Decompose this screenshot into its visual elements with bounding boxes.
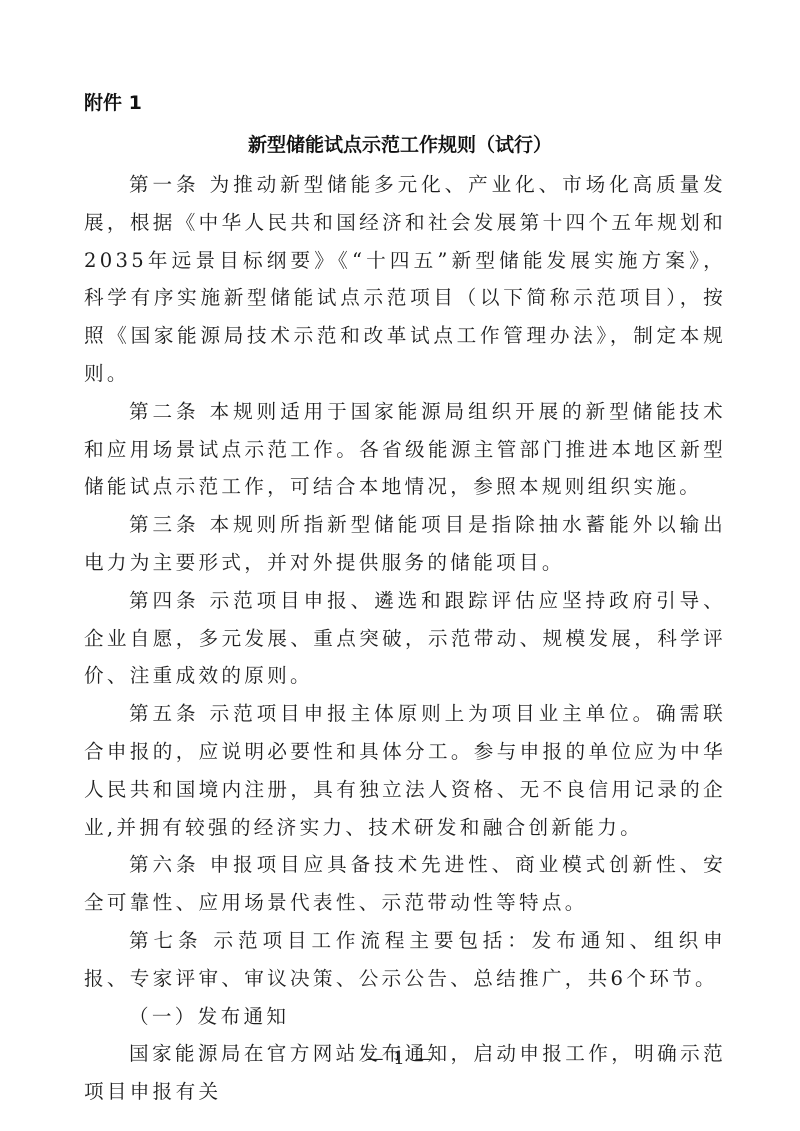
- article-1: 第一条 为推动新型储能多元化、产业化、市场化高质量发展，根据《中华人民共和国经济…: [84, 166, 726, 393]
- article-5: 第五条 示范项目申报主体原则上为项目业主单位。确需联合申报的，应说明必要性和具体…: [84, 695, 726, 846]
- attachment-label: 附件 1: [84, 88, 142, 115]
- article-4: 第四条 示范项目申报、遴选和跟踪评估应坚持政府引导、企业自愿，多元发展、重点突破…: [84, 582, 726, 695]
- section-paragraph: 国家能源局在官方网站发布通知，启动申报工作，明确示范项目申报有关: [84, 1035, 726, 1111]
- article-3: 第三条 本规则所指新型储能项目是指除抽水蓄能外以输出电力为主要形式，并对外提供服…: [84, 506, 726, 582]
- section-heading-publish-notice: （一）发布通知: [84, 998, 726, 1036]
- document-page: 附件 1 新型储能试点示范工作规则（试行） 第一条 为推动新型储能多元化、产业化…: [0, 0, 800, 1131]
- article-7: 第七条 示范项目工作流程主要包括：发布通知、组织申报、专家评审、审议决策、公示公…: [84, 922, 726, 998]
- article-2: 第二条 本规则适用于国家能源局组织开展的新型储能技术和应用场景试点示范工作。各省…: [84, 393, 726, 506]
- page-number: — 1 —: [0, 1048, 800, 1069]
- article-6: 第六条 申报项目应具备技术先进性、商业模式创新性、安全可靠性、应用场景代表性、示…: [84, 846, 726, 922]
- document-body: 第一条 为推动新型储能多元化、产业化、市场化高质量发展，根据《中华人民共和国经济…: [84, 166, 726, 1111]
- document-title: 新型储能试点示范工作规则（试行）: [0, 130, 800, 157]
